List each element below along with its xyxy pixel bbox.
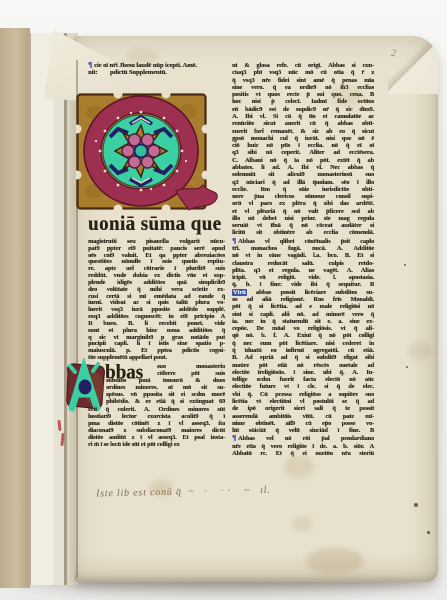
foxing-stain (150, 480, 172, 496)
text-line: ¶Abbas vel nō rōi p̄al pendardiano (232, 434, 374, 442)
entry-indent-lines: subditis pmā tonsurā & duosordines minor… (106, 378, 225, 406)
text-line: os ad aliā religionē. Rns frīs Monaldī. (232, 296, 374, 303)
foxing-stain (128, 48, 158, 64)
text-line: erit q̄ culerit. A. Ordines minores sūt (88, 406, 225, 413)
page-fore-edges (28, 33, 78, 585)
text-line: plīta. q3 et regula. ne vagēt. A. Alias (232, 267, 374, 274)
text-line: hostiari9 lector exorcista acolit9 q̄ ī (88, 413, 225, 420)
paragraph-mark-icon: ¶ (88, 60, 92, 69)
text-line: ia. nec in q̄ statuendū sit e. a. sine e… (232, 318, 374, 325)
text-line: electiōe future vt ī cle. si q̄ de elec. (232, 383, 374, 390)
ink-spot (406, 366, 408, 368)
center-dot (135, 145, 148, 158)
text-line: qō nō. b. f. A. Exiuī q̄ nō pōt colligi (232, 332, 374, 339)
text-line: nr̄e etīa q̄ vero religiōe ī de. a. b. s… (232, 443, 374, 450)
text-line: q3 nūciari q̄ ad illā q̄uolam. sēo ī ill… (232, 179, 374, 186)
text-line: q̄ vsq3 nr̄e fidei sint amē q̄ penas mīa (232, 77, 374, 84)
text-line: nere p̄na clericos sūmoue consil supi- (232, 193, 374, 200)
text-line: nō vt in eāne vagādi. l.a. bco. B. Et si (232, 252, 374, 259)
text-line: electōe īreligiōsūs. ī sine. ubi q̄. A. … (232, 369, 374, 376)
text-line: ecclie. Itm q̄ sūie iurisdictōe obti- (232, 186, 374, 193)
text-line: phibēdis. & ee etiā q̄ si extinguat 69 (106, 399, 225, 406)
incipit-lines: ¶cie oī nr̄i Jhesu laudē nūp icepti. Amē… (88, 61, 227, 77)
text-line: pōt q̄ si licētia. ad e male religiōsi n… (232, 303, 374, 310)
text-line: A. Ibi vl. Si cū q̄ tīo et camulatōe ac (232, 113, 374, 120)
text-line: diaconat9 z subdiaconat9 maiores dicūt (88, 427, 225, 434)
text-line: et vl plēariā q̄ nō vult p̄ficere sed ab (232, 208, 374, 215)
paragraph-mark-icon: ¶ (232, 433, 236, 442)
text-line: ¶Abbas vl qlibet cōuētualis p̄sit caplo (232, 237, 374, 245)
text-line: tr̄i. monachos fugā. nucā. A. Additōe (232, 245, 374, 252)
entry-side-lines: suo monasteriocōferre pōt suis (157, 364, 225, 378)
ink-spot (414, 503, 418, 507)
right-column-text: ut & glosa refe. cū origī. Abbas si cun-… (232, 62, 374, 457)
text-line: distōe audiūt z ī vl asseq3. Et psal ins… (88, 434, 225, 441)
text-line: lūt sūiciāt q̄ velīt sinciād ī fine. B (232, 427, 374, 434)
foxing-stain (408, 342, 432, 360)
text-line: renūciōe sicut auerit cū q̄ abbas obtī- (232, 120, 374, 127)
text-line: īcipit. vn̄ religiō. vide. l. apostasia. (232, 274, 374, 281)
ink-spot (404, 264, 406, 266)
book-board-edge (0, 28, 30, 588)
text-line: q3 sibi nō ceperit. Aliter ad ecctēsera. (232, 149, 374, 156)
text-line: ut & glosa refe. cū origī. Abbas si cun- (232, 62, 374, 69)
text-line: solemniū sit alicui9 monasteriosū suo (232, 171, 374, 178)
top-right-page-curl (388, 36, 438, 94)
text-line: asserendā ambitōis vītū. cū pate mī- (232, 413, 374, 420)
text-line: tellige scdm fuerit facta electō nō aūc (232, 376, 374, 383)
text-line: illo nō debet nisi prior. sīe mag regula (232, 215, 374, 222)
text-line: ¶cie oī nr̄i Jhesu laudē nūp icepti. Amē… (88, 61, 227, 69)
text-line: B. Ad epriā ad q̄ si subdit9 eligat sibi (232, 354, 374, 361)
text-line: moūre pōt etiā nō rēscēs ouetale ad (232, 362, 374, 369)
blue-highlighted-word: Vtrū (232, 289, 247, 296)
text-line: abbates. li ad. A. Ibi vl. Nec abbas q̄ (232, 164, 374, 171)
text-line: q̄. b. ī fine: vide ibi q̄ sequitur. B (232, 281, 374, 288)
left-column-bottom-text: erit q̄ culerit. A. Ordines minores sūth… (88, 406, 225, 448)
text-line: sint si capli. alii nō. ad minorē vero q… (232, 311, 374, 318)
text-line: ctaq3 pbī vsq3 nūc mō cū otīa q̄ r̄ z (232, 69, 374, 76)
text-line: Vtrū abbas possit licēciare subditos su- (232, 289, 374, 296)
illuminated-initial-Q (76, 93, 224, 217)
text-line: q̄ nec eum pōt licētiare. nisi cederet i… (232, 340, 374, 347)
left-column-text: magistrutii seu pisanella vulgarit nūcu-… (88, 239, 225, 362)
prologue-heading: uoniā sūma que (88, 212, 228, 237)
text-line: C. Albani nō q̄ īa nō pōt. extēt q̄ ab (232, 157, 374, 164)
ink-spot (427, 531, 430, 534)
text-line: ri m̄ ī se locū ide sūt et pōt colligi e… (88, 441, 225, 448)
foxing-stain (284, 456, 314, 478)
text-line: ciō huic nō ptīs ī ecclia. nō q̄ eī oī (232, 142, 374, 149)
text-line: gpsō monachi cul q̄ iurāt. nisi que nō ē (232, 135, 374, 142)
text-line: vbi q̄. Cū pcessa religiōso a supiōre su… (232, 391, 374, 398)
text-line: de ipō origerit sieri sali q̄ te possit (232, 405, 374, 412)
text-line: licētia vt electiōni vl postulōi se q̄ a… (232, 398, 374, 405)
foxing-stain (306, 548, 364, 574)
text-line: q̄ īduatū eo infirmī ogregatōi. cū etiā. (232, 347, 374, 354)
text-line: en̄ bādic9 est de supdic9 nr̄ q̄ sic dīm… (232, 106, 374, 113)
text-line: nime obtinēt. aīl9 cū ep̄o posse vo- (232, 420, 374, 427)
foxing-stain (292, 516, 312, 532)
folio-number: 2 (391, 48, 397, 59)
foxing-stain (330, 86, 364, 106)
text-line: pma distōe cōtinēt z ī vl asseq3. ita (88, 420, 225, 427)
text-line: seruāt vt īfnā q̄ nō cōceat audāter si (232, 222, 374, 229)
text-line: licitū sit obtinēre ab ecclia cōmendā. (232, 229, 374, 236)
paragraph-mark-icon: ¶ (232, 236, 236, 245)
text-line: cepōe. De mōal vo religiōsis. vt q̄ ali- (232, 325, 374, 332)
text-line: nit: pdictū Supplementū. (88, 69, 227, 76)
text-line: claustra reducāt salū. culpis retdo- (232, 260, 374, 267)
text-line: orū vl pars ex plēra q̄ sibi das ardētē. (232, 200, 374, 207)
photograph-of-incunable-page: 2 ¶cie oī nr̄i Jhesu laudē nūp icepti. A… (0, 0, 447, 600)
text-line: euerit fort̄ remanēt. & sic ab eo q̄ sic… (232, 128, 374, 135)
